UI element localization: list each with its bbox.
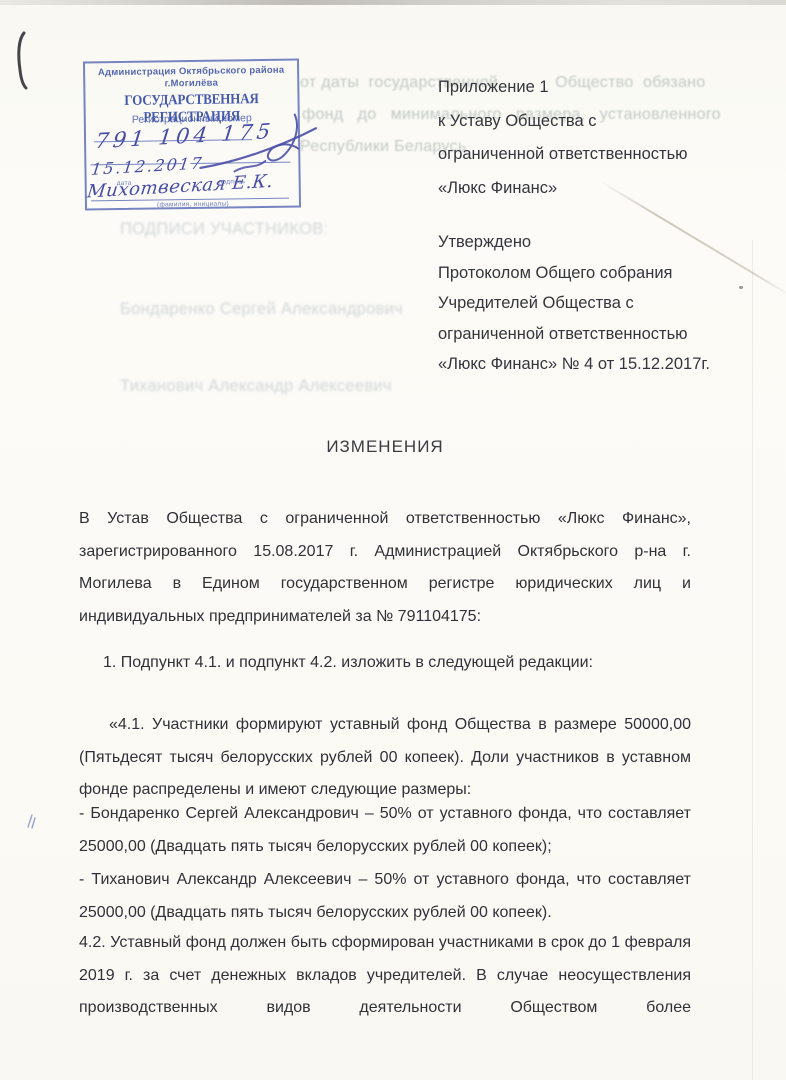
- approval-block: Утверждено Протоколом Общего собрания Уч…: [438, 227, 710, 380]
- clause-4-1-paragraph: «4.1. Участники формируют уставный фонд …: [79, 709, 691, 807]
- participant-1-paragraph: - Бондаренко Сергей Александрович – 50% …: [79, 798, 691, 863]
- appendix-line: к Уставу Общества с: [438, 105, 688, 139]
- list-item-1: 1. Подпункт 4.1. и подпункт 4.2. изложит…: [79, 647, 691, 680]
- appendix-line: ограниченной ответственностью: [438, 138, 688, 172]
- bleedthrough-line: Бондаренко Сергей Александрович: [120, 300, 403, 319]
- bleedthrough-line: Тиханович Александр Алексеевич: [120, 377, 392, 396]
- page-edge-shadow: [752, 240, 753, 1080]
- approval-line: Учредителей Общества с: [438, 288, 710, 319]
- approval-line: Утверждено: [438, 227, 710, 258]
- stamp-org-line2: г.Могилёва: [85, 77, 297, 91]
- bleedthrough-line: ПОДПИСИ УЧАСТНИКОВ:: [120, 220, 328, 239]
- scanned-document-page: от даты государственной Общество обязано…: [0, 0, 786, 1080]
- approval-line: Протоколом Общего собрания: [438, 258, 710, 289]
- document-heading: ИЗМЕНЕНИЯ: [79, 437, 691, 457]
- approval-line: «Люкс Финанс» № 4 от 15.12.2017г.: [438, 349, 710, 380]
- appendix-line: «Люкс Финанс»: [438, 172, 688, 206]
- pen-mark-icon: [12, 30, 34, 92]
- scan-speck: [739, 286, 743, 289]
- margin-tick-icon: [24, 812, 38, 832]
- appendix-reference-block: Приложение 1 к Уставу Общества с огранич…: [438, 71, 688, 205]
- clause-4-2-paragraph: 4.2. Уставный фонд должен быть сформиров…: [79, 927, 691, 1025]
- intro-paragraph: В Устав Общества с ограниченной ответств…: [79, 503, 691, 633]
- signature-icon: [198, 108, 324, 185]
- approval-line: ограниченной ответственностью: [438, 319, 710, 350]
- participant-2-paragraph: - Тиханович Александр Алексеевич – 50% о…: [79, 864, 691, 929]
- appendix-line: Приложение 1: [438, 71, 688, 105]
- scanner-edge-shadow: [0, 0, 786, 5]
- registration-stamp: Администрация Октябрьского района г.Моги…: [83, 58, 301, 210]
